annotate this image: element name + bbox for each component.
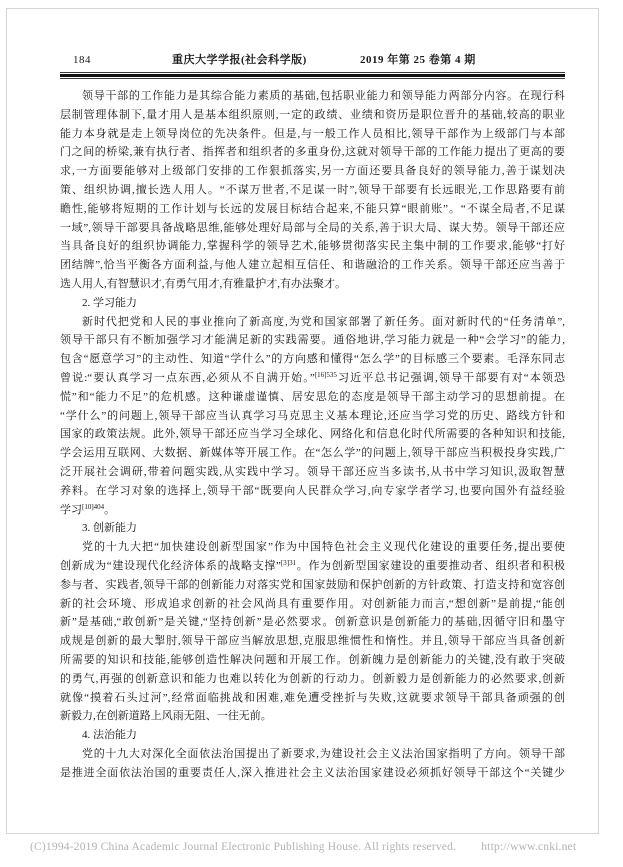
page-number: 184 [73, 52, 91, 68]
journal-page: { "header": { "page_number": "184", "jou… [0, 0, 623, 867]
section-heading: 2. 学习能力 [60, 294, 565, 313]
rule-thick [60, 74, 565, 77]
article-body: 领导干部的工作能力是其综合能力素质的基础,包括职业能力和领导能力两部分内容。在现… [60, 87, 565, 782]
section-heading: 3. 创新能力 [60, 519, 565, 538]
journal-title: 重庆大学学报(社会科学版) [172, 52, 307, 68]
text-line: 门之间的桥梁,兼有执行者、指挥者和组织者的多重身份,这就对领导干部的工作能力提出… [60, 143, 565, 162]
text-line: 泛开展社会调研,带着问题实践,从实践中学习。领导干部还应当多读书,从书中学习知识… [60, 463, 565, 482]
text-line: 新的社会环境、形成追求创新的社会风尚具有重要作用。对创新能力而言,“想创新”是前… [60, 595, 565, 614]
issue-info: 2019 年第 25 卷第 4 期 [360, 52, 476, 68]
text-line: 当具备良好的组织协调能力,掌握科学的领导艺术,能够贯彻落实民主集中制的工作要求,… [60, 237, 565, 256]
text-line: 国家的政策法规。此外,领导干部还应当学习全球化、网络化和信息化时代所需要的各种知… [60, 425, 565, 444]
citation-superscript: [3]31 [281, 559, 296, 567]
text-line: 参与者、实践者,领导干部的创新能力对落实党和国家鼓励和保护创新的方针政策、打造支… [60, 576, 565, 595]
text-line: 曾说:“要认真学习一点东西,必须从不自满开始。”[16]535习近平总书记强调,… [60, 369, 565, 388]
text-line: 慌”和“能力不足”的危机感。这种谦虚谨慎、居安思危的态度是领导干部主动学习的思想… [60, 388, 565, 407]
copyright-text: (C)1994-2019 China Academic Journal Elec… [30, 841, 456, 853]
text-line: 领导干部只有不断加强学习才能满足新的实践需要。通俗地讲,学习能力就是一种“会学习… [60, 331, 565, 350]
header-double-rule [60, 72, 565, 79]
text-line: 一域”,领导干部要具备战略思维,能够处理好局部与全局的关系,善于识大局、谋大势。… [60, 219, 565, 238]
text-line: 包含“愿意学习”的主动性、知道“学什么”的方向感和懂得“怎么学”的目标感三个要素… [60, 350, 565, 369]
text-line: 层制管理体制下,量才用人是基本组织原则,一定的政绩、业绩和资历是职位晋升的基础,… [60, 106, 565, 125]
text-line: 创新成为“建设现代化经济体系的战略支撑”[3]31。作为创新型国家建设的重要推动… [60, 557, 565, 576]
text-line: 求,一方面要能够对上级部门安排的工作狠抓落实,另一方面还要具备良好的领导能力,善… [60, 162, 565, 181]
text-line: 学习[10]404。 [60, 501, 565, 520]
text-line: 所需要的知识和技能,能够创造性解决问题和开展工作。创新魄力是创新能力的关键,没有… [60, 651, 565, 670]
page-footer: (C)1994-2019 China Academic Journal Elec… [30, 841, 610, 853]
text-line: 新时代把党和人民的事业推向了新高度,为党和国家部署了新任务。面对新时代的“任务清… [60, 313, 565, 332]
text-line: 是推进全面依法治国的重要责任人,深入推进社会主义法治国家建设必须抓好领导干部这个… [60, 764, 565, 783]
rule-thin-top [60, 72, 565, 73]
text-line: 策、组织协调,擅长选人用人。“不谋万世者,不足谋一时”,领导干部要有长远眼光,工… [60, 181, 565, 200]
text-line: 新”是基础,“敢创新”是关键,“坚持创新”是必然要求。创新意识是创新能力的基础,… [60, 613, 565, 632]
citation-superscript: [16]535 [315, 371, 337, 379]
text-line: 成规是创新的最大掣肘,领导干部应当解放思想,克服思维惯性和惰性。并且,领导干部应… [60, 632, 565, 651]
text-line: 养料。在学习对象的选择上,领导干部“既要向人民群众学习,向专家学者学习,也要向国… [60, 482, 565, 501]
text-line: 领导干部的工作能力是其综合能力素质的基础,包括职业能力和领导能力两部分内容。在现… [60, 87, 565, 106]
text-line: 党的十九大把“加快建设创新型国家”作为中国特色社会主义现代化建设的重要任务,提出… [60, 538, 565, 557]
text-line: 学会运用互联网、大数据、新媒体等开展工作。在“怎么学”的问题上,领导干部应当积极… [60, 444, 565, 463]
citation-superscript: [10]404 [82, 503, 104, 511]
text-line: 能力本身就是走上领导岗位的先决条件。但是,与一般工作人员相比,领导干部作为上级部… [60, 125, 565, 144]
text-line: “学什么”的问题上,领导干部应当认真学习马克思主义基本理论,还应当学习党的历史、… [60, 407, 565, 426]
text-line: 就像“摸着石头过河”,经常面临挑战和困难,难免遭受挫折与失败,这就要求领导干部具… [60, 689, 565, 708]
text-line: 团结牌”,恰当平衡各方面利益,与他人建立起相互信任、和谐融洽的工作关系。领导干部… [60, 256, 565, 275]
text-line: 党的十九大对深化全面依法治国提出了新要求,为建设社会主义法治国家指明了方向。领导… [60, 745, 565, 764]
page-header: 184 重庆大学学报(社会科学版) 2019 年第 25 卷第 4 期 [60, 52, 565, 68]
text-line: 瞻性,能够将短期的工作计划与长远的发展目标结合起来,不能只算“眼前账”。“不谋全… [60, 200, 565, 219]
text-line: 选人用人,有智慧识才,有勇气用才,有雅量护才,有办法聚才。 [60, 275, 565, 294]
cnki-url: http://www.cnki.net [481, 841, 576, 853]
section-heading: 4. 法治能力 [60, 726, 565, 745]
text-line: 新毅力,在创新道路上风雨无阻、一往无前。 [60, 707, 565, 726]
rule-thin-bottom [60, 78, 565, 79]
text-line: 的勇气,再强的创新意识和能力也难以转化为创新的行动力。创新毅力是创新能力的必然要… [60, 670, 565, 689]
